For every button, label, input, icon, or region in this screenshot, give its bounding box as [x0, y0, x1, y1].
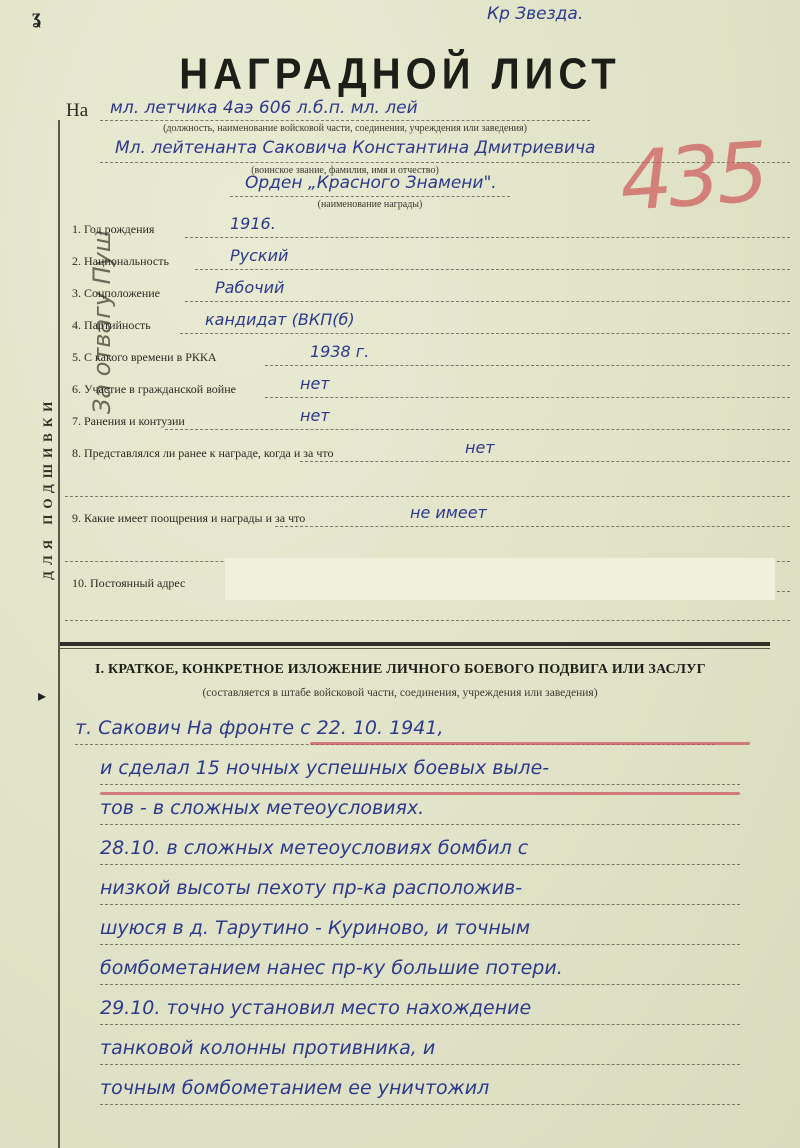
field-line-4 [180, 333, 790, 334]
field-line-5 [265, 365, 790, 366]
field-value-8: нет [465, 438, 495, 457]
narrative-line-6: шуюся в д. Тарутино - Куриново, и точным [100, 912, 740, 945]
document-title: НАГРАДНОЙ ЛИСТ [0, 50, 800, 100]
red-underline-1 [310, 742, 750, 745]
field-line-2 [195, 269, 790, 270]
field-label-8: 8. Представлялся ли ранее к награде, ког… [72, 446, 334, 461]
field-label-10: 10. Постоянный адрес [72, 576, 185, 591]
section-subtitle: (составляется в штабе войсковой части, с… [60, 687, 740, 699]
award-line [230, 196, 510, 197]
field-line-1 [185, 237, 790, 238]
field-label-7: 7. Ранения и контузии [72, 414, 185, 429]
field-label-1: 1. Год рождения [72, 222, 154, 237]
narrative-line-5: низкой высоты пехоту пр-ка расположив- [100, 872, 740, 905]
field-line-7 [165, 429, 790, 430]
field-line-6 [265, 397, 790, 398]
binding-margin-line [58, 120, 60, 1148]
section-divider-thick [60, 642, 770, 646]
field-line-3 [185, 301, 790, 302]
margin-mark: ʓ [32, 6, 41, 29]
section-title: I. КРАТКОЕ, КОНКРЕТНОЕ ИЗЛОЖЕНИЕ ЛИЧНОГО… [95, 662, 706, 678]
narrative-line-7: бомбометанием нанес пр-ку большие потери… [100, 952, 740, 985]
field-label-5: 5. С какого времени в РККА [72, 350, 217, 365]
narrative-line-1: т. Сакович На фронте с 22. 10. 1941, [75, 712, 715, 745]
corner-note: Кр Звезда. [487, 4, 583, 24]
binding-label: ДЛЯ ПОДШИВКИ [40, 396, 56, 580]
field-line-9 [275, 526, 790, 527]
field-label-3: 3. Соцположение [72, 286, 160, 301]
narrative-line-8: 29.10. точно установил место нахождение [100, 992, 740, 1025]
field-value-9: не имеет [410, 503, 487, 522]
field-value-5: 1938 г. [310, 342, 369, 361]
position-line [100, 120, 590, 121]
red-underline-2 [100, 792, 740, 795]
narrative-line-3: тов - в сложных метеоусловиях. [100, 792, 740, 825]
section-divider-thin [60, 648, 770, 649]
redacted-address-area [225, 558, 775, 600]
field-value-2: Руский [230, 246, 288, 265]
field-value-3: Рабочий [215, 278, 284, 297]
field-label-9: 9. Какие имеет поощрения и награды и за … [72, 511, 305, 526]
name-value: Мл. лейтенанта Саковича Константина Дмит… [115, 138, 595, 158]
position-caption: (должность, наименование войсковой части… [100, 123, 590, 134]
field-value-6: нет [300, 374, 330, 393]
field-label-6: 6. Участие в гражданской войне [72, 382, 236, 397]
address-extra-line [65, 620, 790, 621]
award-caption: (наименование награды) [230, 199, 510, 210]
field-value-7: нет [300, 406, 330, 425]
field-line-extra-8 [65, 496, 790, 497]
field-label-4: 4. Партийность [72, 318, 151, 333]
header-prefix: На [66, 100, 88, 122]
narrative-line-2: и сделал 15 ночных успешных боевых выле- [100, 752, 740, 785]
narrative-line-4: 28.10. в сложных метеоусловиях бомбил с [100, 832, 740, 865]
field-value-4: кандидат (ВКП(б) [205, 310, 355, 329]
award-value: Орден „Красного Знамени". [245, 173, 497, 193]
red-registration-number: 435 [617, 125, 768, 230]
narrative-line-10: точным бомбометанием ее уничтожил [100, 1072, 740, 1105]
position-value: мл. летчика 4аэ 606 л.б.п. мл. лей [110, 98, 418, 118]
narrative-line-9: танковой колонны противника, и [100, 1032, 740, 1065]
field-value-1: 1916. [230, 214, 276, 233]
field-label-2: 2. Национальность [72, 254, 169, 269]
field-line-8 [300, 461, 790, 462]
margin-mark-2: ▸ [38, 686, 46, 706]
